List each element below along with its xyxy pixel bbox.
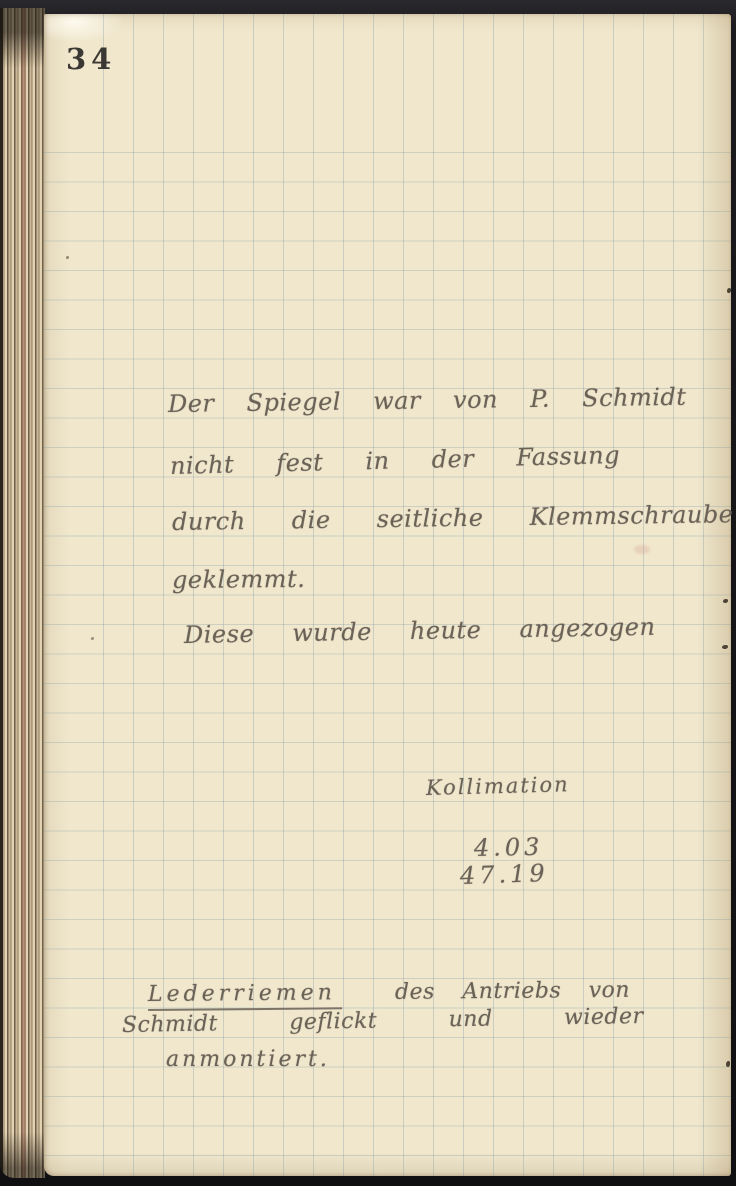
- entry-line-3: durch die seitliche Klemmschraube: [172, 500, 734, 536]
- ink-speck: [723, 599, 728, 603]
- ink-speck: [91, 637, 94, 640]
- repair-note-line-1-rest: des Antriebs von: [395, 978, 630, 1005]
- collimation-label: Kollimation: [426, 772, 570, 800]
- ink-speck: [66, 256, 69, 259]
- ink-speck: [722, 645, 728, 649]
- ink-speck: [727, 288, 731, 293]
- entry-line-4: geklemmt.: [172, 565, 306, 594]
- entry-line-2: nicht fest in der Fassung: [170, 441, 621, 480]
- repair-note-line-1: Lederriemen des Antriebs von: [148, 980, 342, 1011]
- entry-line-5: Diese wurde heute angezogen: [184, 613, 656, 649]
- collimation-value-1: 4.03: [474, 833, 544, 862]
- entry-line-1: Der Spiegel war von P. Schmidt: [168, 383, 687, 418]
- repair-note-line-3: anmontiert.: [166, 1047, 330, 1072]
- page-content: 34 Der Spiegel war von P. Schmidt nicht …: [0, 0, 736, 1186]
- notebook-scan: { "page_number": "34", "entry": { "lines…: [0, 0, 736, 1186]
- repair-note-underlined-word: Lederriemen: [148, 980, 342, 1011]
- paper-stain: [634, 545, 650, 554]
- ink-speck: [726, 1061, 730, 1067]
- collimation-value-2: 47.19: [460, 859, 550, 890]
- page-number: 34: [66, 42, 116, 76]
